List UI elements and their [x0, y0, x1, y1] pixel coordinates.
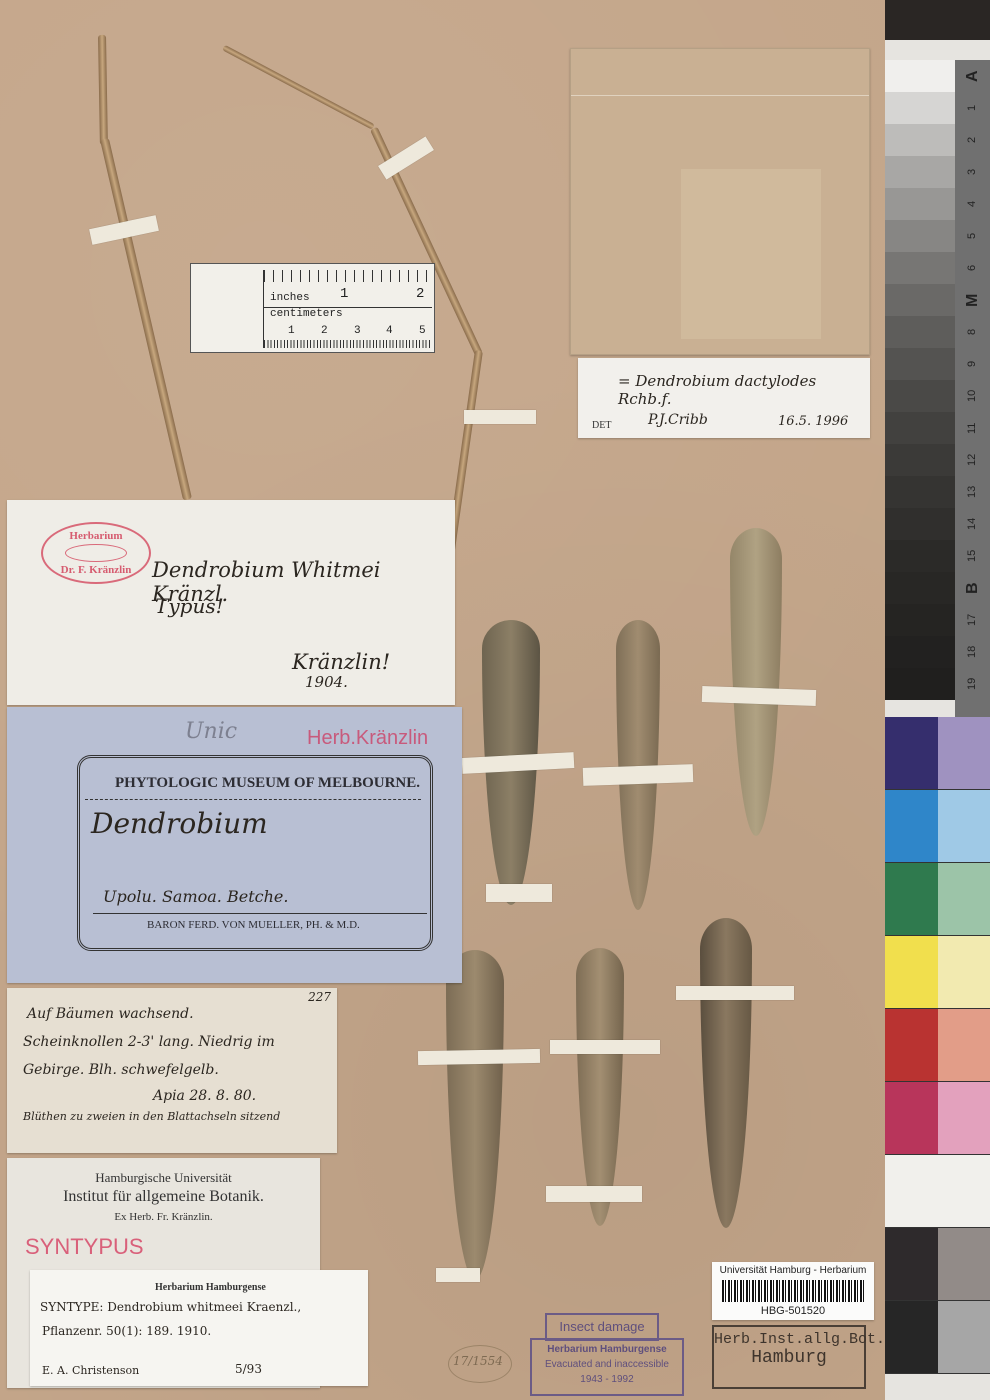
packet-fragment — [681, 169, 821, 339]
melbourne-locality: Upolu. Samoa. Betche. — [103, 887, 288, 906]
tape — [676, 986, 794, 1000]
det-prefix: DET — [592, 420, 611, 431]
color-swatch — [885, 1228, 938, 1300]
tape — [418, 1049, 540, 1065]
color-swatch — [938, 936, 990, 1008]
syntype-author: E. A. Christenson — [42, 1364, 139, 1377]
color-swatch — [885, 1009, 938, 1081]
scale-label: 15 — [955, 540, 990, 572]
insect-damage-stamp: Insect damage — [545, 1313, 659, 1341]
cm-tick-1: 1 — [288, 325, 295, 337]
field-line-3: Gebirge. Blh. schwefelgelb. — [23, 1062, 219, 1078]
syntype-date: 5/93 — [235, 1362, 262, 1376]
fragment-packet — [570, 48, 870, 355]
gray-step — [885, 92, 955, 124]
syntype-line-2: Pflanzenr. 50(1): 189. 1910. — [42, 1324, 211, 1338]
scale-ruler: inches 1 2 centimeters 1 2 3 4 5 — [190, 263, 435, 353]
gray-step — [885, 156, 955, 188]
swatch-row — [885, 1228, 990, 1301]
field-line-1: Auf Bäumen wachsend. — [27, 1006, 194, 1022]
barcode-title: Universität Hamburg - Herbarium — [712, 1265, 874, 1276]
herb-kranzlin-stamp: Herb.Kränzlin — [307, 727, 428, 750]
swatch-row — [885, 717, 990, 790]
barcode-label: Universität Hamburg - Herbarium HBG-5015… — [712, 1262, 874, 1320]
inches-label: inches — [270, 292, 310, 304]
color-swatches — [885, 717, 990, 1374]
leaf — [446, 950, 504, 1280]
color-swatch — [938, 1155, 990, 1227]
stem-left — [98, 35, 108, 145]
scale-label: 8 — [955, 316, 990, 348]
leaf — [576, 948, 624, 1226]
hamburg-line-3: Ex Herb. Fr. Kränzlin. — [7, 1211, 320, 1223]
scale-label: 10 — [955, 380, 990, 412]
determination-label: = Dendrobium dactylodes Rchb.f. DET P.J.… — [578, 358, 870, 438]
cm-tick-3: 3 — [354, 325, 361, 337]
gray-scale-labels: A123456M89101112131415B171819 — [955, 60, 990, 718]
accession-circle: 17/1554 — [448, 1345, 512, 1383]
hamburg-line-1: Hamburgische Universität — [7, 1170, 320, 1186]
color-swatch — [938, 1228, 990, 1300]
gray-step — [885, 444, 955, 476]
swatch-row — [885, 1301, 990, 1374]
gray-step — [885, 412, 955, 444]
tape — [486, 884, 552, 902]
scale-label: 13 — [955, 476, 990, 508]
scale-label: 4 — [955, 188, 990, 220]
field-number: 227 — [308, 990, 331, 1004]
scale-label: M — [955, 284, 990, 316]
gray-step — [885, 220, 955, 252]
gray-step — [885, 668, 955, 700]
color-swatch — [885, 936, 938, 1008]
scale-label: B — [955, 572, 990, 604]
field-notes-label: 227 Auf Bäumen wachsend. Scheinknollen 2… — [7, 988, 337, 1153]
color-swatch — [938, 790, 990, 862]
footer-rule — [93, 913, 427, 914]
syntype-line-1: SYNTYPE: Dendrobium whitmeei Kraenzl., — [40, 1300, 301, 1314]
color-checker: A123456M89101112131415B171819 — [885, 40, 990, 1400]
header-rule — [85, 799, 421, 800]
scale-label: A — [955, 60, 990, 92]
kranzlin-year: 1904. — [305, 673, 348, 691]
cm-tick-4: 4 — [386, 325, 393, 337]
swatch-row — [885, 863, 990, 936]
color-swatch — [938, 1009, 990, 1081]
institute-stamp: Herb.Inst.allg.Bot. Hamburg — [712, 1325, 866, 1389]
color-swatch — [885, 790, 938, 862]
cm-tick-2: 2 — [321, 325, 328, 337]
hamburg-line-2: Institut für allgemeine Botanik. — [7, 1188, 320, 1206]
color-swatch — [885, 1301, 938, 1373]
tape — [464, 410, 536, 424]
kranzlin-label: Herbarium Dr. F. Kränzlin Dendrobium Whi… — [7, 500, 455, 705]
scale-label: 2 — [955, 124, 990, 156]
scale-label: 14 — [955, 508, 990, 540]
scale-label: 1 — [955, 92, 990, 124]
swatch-row — [885, 1009, 990, 1082]
color-swatch — [885, 717, 938, 789]
scale-label: 9 — [955, 348, 990, 380]
gray-step — [885, 636, 955, 668]
melbourne-genus: Dendrobium — [91, 807, 268, 840]
scale-label: 11 — [955, 412, 990, 444]
tape — [550, 1040, 660, 1054]
tape — [462, 752, 575, 774]
kranzlin-signature: Kränzlin! — [292, 650, 390, 674]
melbourne-header: PHYTOLOGIC MUSEUM OF MELBOURNE. — [115, 775, 420, 792]
color-swatch — [885, 1155, 938, 1227]
scale-label: 3 — [955, 156, 990, 188]
color-swatch — [938, 717, 990, 789]
det-date: 16.5. 1996 — [778, 414, 848, 429]
field-line-4: Apia 28. 8. 80. — [153, 1088, 256, 1104]
kranzlin-stamp: Herbarium Dr. F. Kränzlin — [41, 522, 151, 584]
gray-scale — [885, 60, 955, 700]
color-swatch — [938, 863, 990, 935]
inch-tick-1: 1 — [340, 286, 348, 302]
gray-step — [885, 316, 955, 348]
leaf — [700, 918, 752, 1228]
gray-step — [885, 124, 955, 156]
gray-step — [885, 284, 955, 316]
gray-step — [885, 380, 955, 412]
syntype-header: Herbarium Hamburgense — [155, 1282, 266, 1293]
tape — [546, 1186, 642, 1202]
packet-flap — [571, 95, 869, 96]
scale-label: 5 — [955, 220, 990, 252]
leaf — [730, 528, 782, 836]
barcode-bars — [722, 1280, 864, 1302]
pencil-note: Unic — [185, 719, 237, 744]
field-line-2: Scheinknollen 2-3' lang. Niedrig im — [23, 1034, 275, 1050]
field-line-5: Blüthen zu zweien in den Blattachseln si… — [23, 1110, 280, 1123]
inch-tick-2: 2 — [416, 286, 424, 302]
stem-left-lower — [100, 138, 192, 501]
scale-label: 12 — [955, 444, 990, 476]
gray-step — [885, 572, 955, 604]
centimeters-label: centimeters — [270, 308, 343, 320]
gray-step — [885, 604, 955, 636]
syntypus-status: SYNTYPUS — [25, 1234, 144, 1260]
tape — [583, 764, 694, 786]
color-swatch — [885, 863, 938, 935]
color-swatch — [885, 1082, 938, 1154]
gray-step — [885, 252, 955, 284]
tape — [436, 1268, 480, 1282]
gray-step — [885, 188, 955, 220]
barcode-code: HBG-501520 — [712, 1305, 874, 1317]
color-swatch — [938, 1301, 990, 1373]
cm-tick-5: 5 — [419, 325, 426, 337]
swatch-row — [885, 936, 990, 1009]
scale-label: 18 — [955, 636, 990, 668]
determination-name: = Dendrobium dactylodes Rchb.f. — [618, 372, 870, 408]
ruler-ticks-cm — [264, 340, 432, 348]
color-swatch — [938, 1082, 990, 1154]
syntype-label: Herbarium Hamburgense SYNTYPE: Dendrobiu… — [30, 1270, 368, 1386]
herbarium-sheet: inches 1 2 centimeters 1 2 3 4 5 = Dendr… — [0, 0, 885, 1400]
det-signature: P.J.Cribb — [648, 412, 708, 428]
stem-right — [222, 45, 375, 130]
swatch-row — [885, 1082, 990, 1155]
tape — [702, 686, 816, 706]
swatch-row — [885, 1155, 990, 1228]
melbourne-label: Unic Herb.Kränzlin PHYTOLOGIC MUSEUM OF … — [7, 707, 462, 983]
ruler-ticks — [264, 270, 432, 282]
scale-label: 19 — [955, 668, 990, 700]
kranzlin-typus: Typus! — [155, 594, 224, 618]
scale-label: 17 — [955, 604, 990, 636]
gray-step — [885, 540, 955, 572]
melbourne-footer: BARON FERD. VON MUELLER, PH. & M.D. — [147, 919, 360, 931]
evacuated-stamp: Herbarium Hamburgense Evacuated and inac… — [530, 1338, 684, 1396]
gray-step — [885, 476, 955, 508]
swatch-row — [885, 790, 990, 863]
gray-step — [885, 60, 955, 92]
gray-step — [885, 508, 955, 540]
scale-label: 6 — [955, 252, 990, 284]
gray-step — [885, 348, 955, 380]
